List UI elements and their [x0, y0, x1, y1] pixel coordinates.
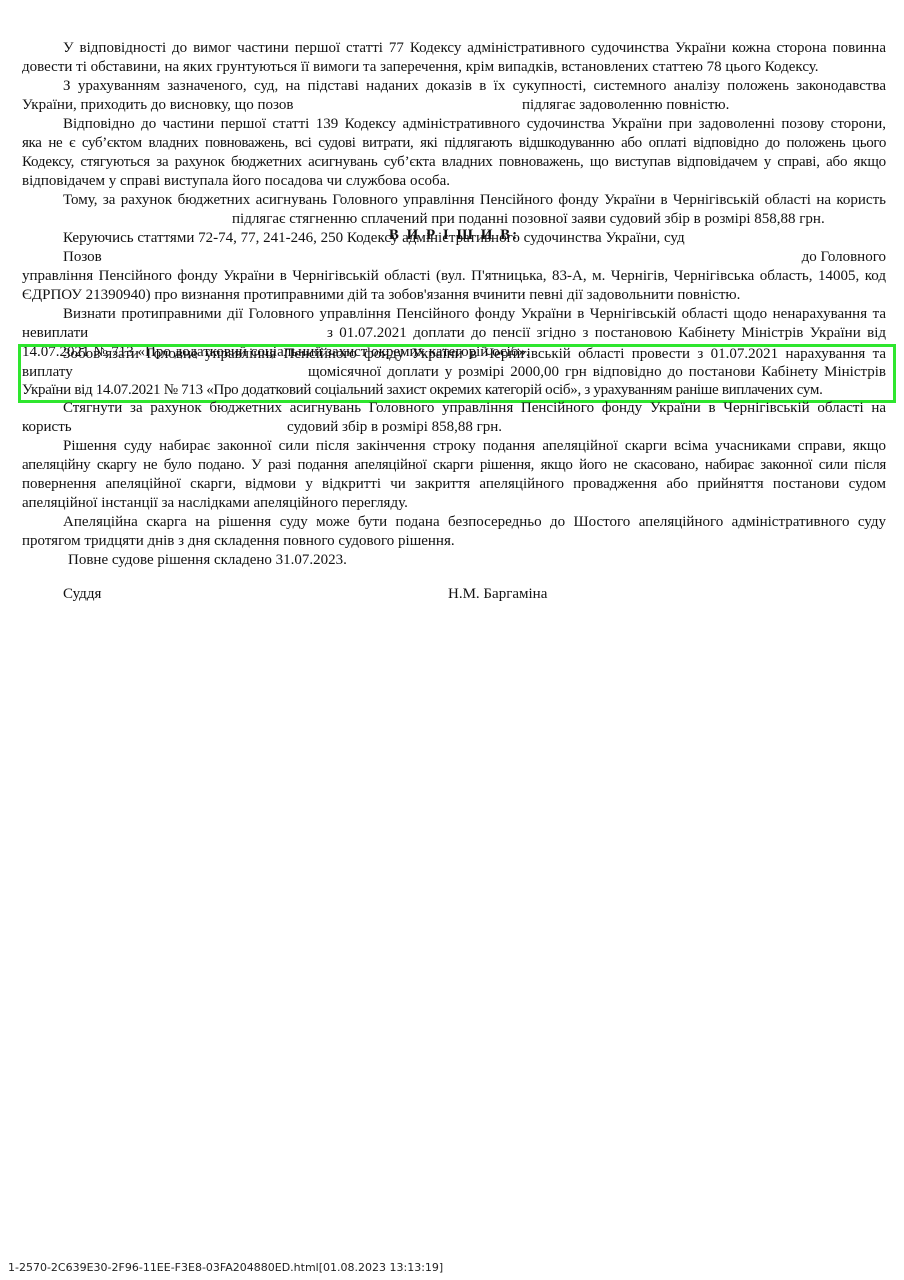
- paragraph-line: відповідачем у справі виступала його пос…: [22, 172, 886, 191]
- paragraph-line: У відповідності до вимог частини першої …: [63, 39, 886, 58]
- text-segment: з 01.07.2021 доплати до пенсії згідно з …: [327, 324, 886, 343]
- paragraph-line: Повне судове рішення складено 31.07.2023…: [68, 551, 904, 570]
- paragraph-line: Відповідно до частини першої статті 139 …: [63, 115, 886, 134]
- text-segment: невиплати: [22, 325, 88, 341]
- paragraph-line: Тому, за рахунок бюджетних асигнувань Го…: [63, 191, 886, 210]
- paragraph-line: Визнати протиправними дії Головного упра…: [63, 305, 886, 324]
- judge-title: Суддя: [63, 585, 101, 604]
- text-segment: користь: [22, 419, 72, 435]
- paragraph-line: повернення апеляційної скарги, відмови у…: [22, 475, 886, 494]
- paragraph-line: виплату щомісячної доплати у розмірі 200…: [22, 363, 886, 382]
- paragraph-line: управління Пенсійного фонду України в Че…: [22, 267, 886, 286]
- court-decision-document: У відповідності до вимог частини першої …: [0, 0, 904, 1280]
- text-segment: виплату: [22, 364, 73, 380]
- judge-name: Н.М. Баргаміна: [448, 585, 547, 604]
- paragraph-line: України, приходить до висновку, що позов…: [22, 96, 886, 115]
- text-segment: до Головного: [802, 248, 886, 267]
- paragraph-line: З урахуванням зазначеного, суд, на підст…: [63, 77, 886, 96]
- paragraph-line: України від 14.07.2021 № 713 «Про додатк…: [22, 381, 886, 400]
- paragraph-line: Апеляційна скарга на рішення суду може б…: [63, 513, 886, 532]
- paragraph-line: яка не є суб’єктом владних повноважень, …: [22, 134, 886, 153]
- text-segment: судовий збір в розмірі 858,88 грн.: [287, 418, 502, 437]
- paragraph-line: довести ті обставини, на яких грунтуютьс…: [22, 58, 886, 77]
- text-segment: Позов: [63, 249, 102, 265]
- paragraph-line: апеляційну скаргу не було подано. У разі…: [22, 456, 886, 475]
- paragraph-line: апеляційної інстанції за наслідками апел…: [22, 494, 886, 513]
- text-segment: підлягає задоволенню повністю.: [522, 96, 729, 115]
- paragraph-line: Стягнути за рахунок бюджетних асигнувань…: [63, 399, 886, 418]
- text-segment: щомісячної доплати у розмірі 2000,00 грн…: [308, 363, 886, 382]
- text-segment: України, приходить до висновку, що позов: [22, 97, 293, 113]
- paragraph-line: ЄДРПОУ 21390940) про визнання протиправн…: [22, 286, 886, 305]
- decision-heading: В И Р І Ш И В:: [22, 226, 886, 245]
- paragraph-line: невиплати з 01.07.2021 доплати до пенсії…: [22, 324, 886, 343]
- page-footer-filename: 1-2570-2C639E30-2F96-11EE-F3E8-03FA20488…: [8, 1261, 443, 1274]
- paragraph-line: користь судовий збір в розмірі 858,88 гр…: [22, 418, 886, 437]
- paragraph-line: протягом тридцяти днів з дня складення п…: [22, 532, 886, 551]
- paragraph-line: Зобов`язати Головне управління Пенсійног…: [63, 345, 886, 364]
- paragraph-line: Рішення суду набирає законної сили після…: [63, 437, 886, 456]
- paragraph-line: Позов до Головного: [63, 248, 886, 267]
- paragraph-line: Кодексу, стягуються за рахунок бюджетних…: [22, 153, 886, 172]
